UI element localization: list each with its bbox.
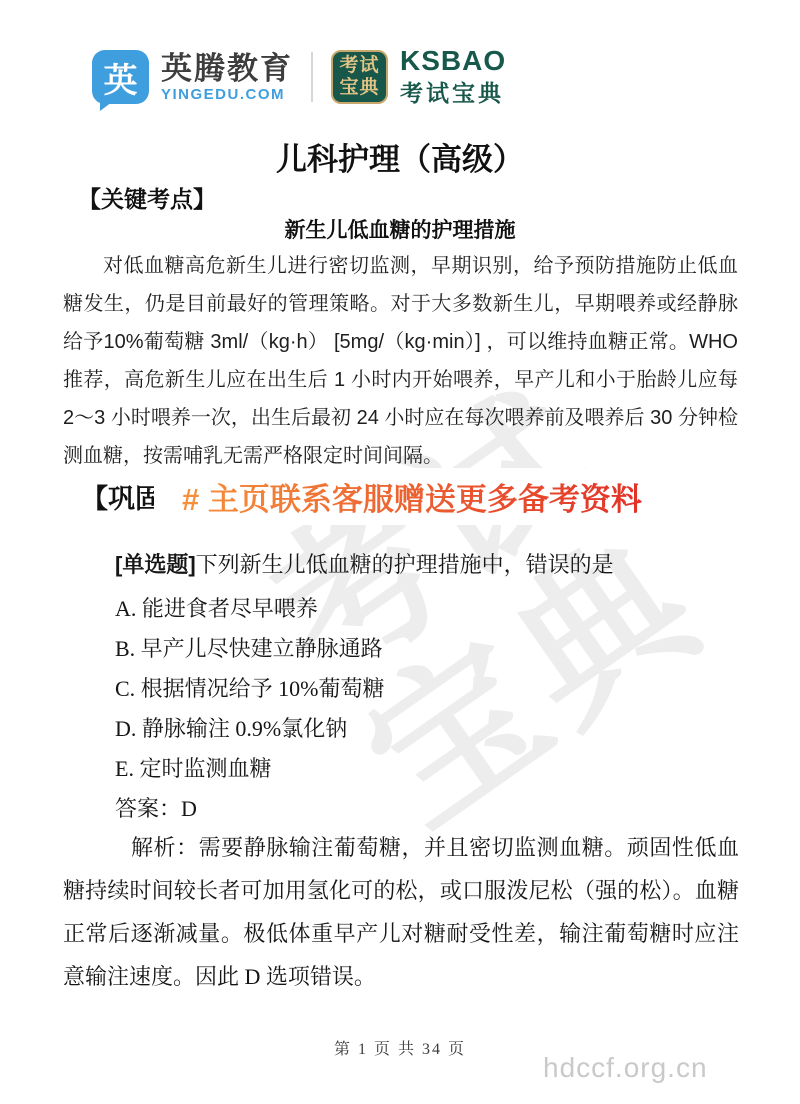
- ksbao-logo-icon: 考试 宝典: [331, 50, 388, 104]
- question-stem-text: 下列新生儿低血糖的护理措施中，错误的是: [196, 552, 614, 577]
- option-b: B. 早产儿尽快建立静脉通路: [115, 629, 705, 669]
- promo-row: 【巩固 # 主页联系客服赠送更多备考资料: [81, 470, 654, 522]
- yingteng-name: 英腾教育: [161, 52, 293, 86]
- question-options: A. 能进食者尽早喂养 B. 早产儿尽快建立静脉通路 C. 根据情况给予 10%…: [115, 589, 705, 789]
- question-type-tag: [单选题]: [115, 552, 196, 577]
- analysis-paragraph: 解析：需要静脉输注葡萄糖，并且密切监测血糖。顽固性低血糖持续时间较长者可加用氢化…: [63, 826, 739, 998]
- promo-banner: # 主页联系客服赠送更多备考资料: [154, 468, 654, 525]
- document-title: 儿科护理（高级）: [0, 134, 800, 179]
- ksbao-name: KSBAO: [400, 46, 506, 75]
- ksbao-icon-line: 宝典: [339, 77, 379, 99]
- yingteng-domain: YINGEDU.COM: [161, 86, 293, 103]
- topic-title: 新生儿低血糖的护理措施: [0, 214, 800, 244]
- consolidate-section-label: 【巩固: [81, 477, 162, 516]
- intro-paragraph: 对低血糖高危新生儿进行密切监测，早期识别，给予预防措施防止低血糖发生，仍是目前最…: [63, 247, 738, 475]
- promo-banner-text: # 主页联系客服赠送更多备考资料: [182, 482, 642, 517]
- yingteng-logo-text: 英腾教育 YINGEDU.COM: [161, 52, 293, 103]
- question-block: [单选题]下列新生儿低血糖的护理措施中，错误的是 A. 能进食者尽早喂养 B. …: [115, 549, 705, 829]
- answer-line: 答案：D: [115, 789, 705, 829]
- ksbao-logo-text: KSBAO 考试宝典: [400, 46, 506, 108]
- ksbao-subtitle: 考试宝典: [400, 75, 506, 108]
- document-page: 考试 宝典 hdccf.org.cn 英 英腾教育 YINGEDU.COM 考试…: [0, 0, 800, 1104]
- ksbao-icon-line: 考试: [339, 55, 379, 77]
- logo-divider: [311, 52, 313, 102]
- key-points-label: 【关键考点】: [78, 181, 216, 214]
- option-d: D. 静脉输注 0.9%氯化钠: [115, 709, 705, 749]
- header-logo-strip: 英 英腾教育 YINGEDU.COM 考试 宝典 KSBAO 考试宝典: [92, 46, 506, 108]
- option-e: E. 定时监测血糖: [115, 749, 705, 789]
- yingteng-logo-icon: 英: [92, 50, 149, 104]
- option-a: A. 能进食者尽早喂养: [115, 589, 705, 629]
- question-stem: [单选题]下列新生儿低血糖的护理措施中，错误的是: [115, 549, 705, 581]
- page-indicator: 第 1 页 共 34 页: [0, 1036, 800, 1059]
- option-c: C. 根据情况给予 10%葡萄糖: [115, 669, 705, 709]
- yingteng-icon-glyph: 英: [104, 53, 138, 102]
